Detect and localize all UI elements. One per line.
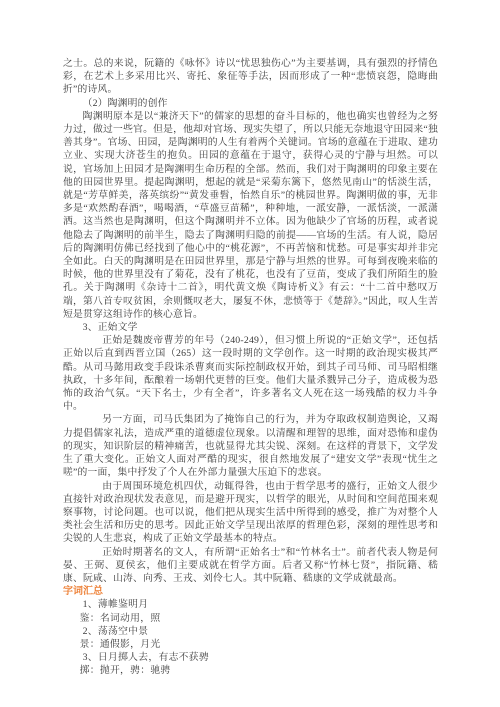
paragraph: （2）陶渊明的创作: [63, 97, 438, 110]
vocab-section-heading: 字词汇总: [63, 585, 438, 598]
vocab-line: 景：通假影，月光: [63, 638, 438, 651]
document-body: 之士。总的来说，阮籍的《咏怀》诗以“忧思独伤心”为主要基调，具有强烈的抒情色彩，…: [63, 57, 438, 585]
vocab-line: 1、薄帷鉴明月: [63, 598, 438, 611]
vocab-line: 鉴：名词动用，照: [63, 612, 438, 625]
paragraph: 正始时期著名的文人，有所谓“正始名士”和“竹林名士”。前者代表人物是何晏、王弼、…: [63, 546, 438, 586]
vocab-list: 1、薄帷鉴明月鉴：名词动用，照2、荡荡空中景景：通假影，月光3、日月掷人去，有志…: [63, 598, 438, 677]
paragraph: 另一方面，司马氏集团为了掩饰自己的行为，并为夺取政权制造舆论，又竭力提倡儒家礼法…: [63, 413, 438, 479]
document-page: 之士。总的来说，阮籍的《咏怀》诗以“忧思独伤心”为主要基调，具有强烈的抒情色彩，…: [0, 0, 500, 707]
paragraph: 之士。总的来说，阮籍的《咏怀》诗以“忧思独伤心”为主要基调，具有强烈的抒情色彩，…: [63, 57, 438, 97]
paragraph: 陶渊明原本是以“兼济天下”的儒家的思想的奋斗目标的，他也确实也曾经为之努力过，做…: [63, 110, 438, 321]
vocab-line: 3、日月掷人去，有志不获骋: [63, 651, 438, 664]
vocab-line: 2、荡荡空中景: [63, 625, 438, 638]
vocab-line: 掷：抛开，骋：驰骋: [63, 664, 438, 677]
vocab-section: 字词汇总 1、薄帷鉴明月鉴：名词动用，照2、荡荡空中景景：通假影，月光3、日月掷…: [63, 585, 438, 677]
paragraph: 正始是魏废帝曹芳的年号（240-249），但习惯上所说的“正始文学”，还包括正始…: [63, 334, 438, 413]
paragraph: 3、正始文学: [63, 321, 438, 334]
paragraph: 由于周围环境危机四伏，动辄得咎，也由于哲学思考的盛行，正始文人很少直接针对政治现…: [63, 480, 438, 546]
